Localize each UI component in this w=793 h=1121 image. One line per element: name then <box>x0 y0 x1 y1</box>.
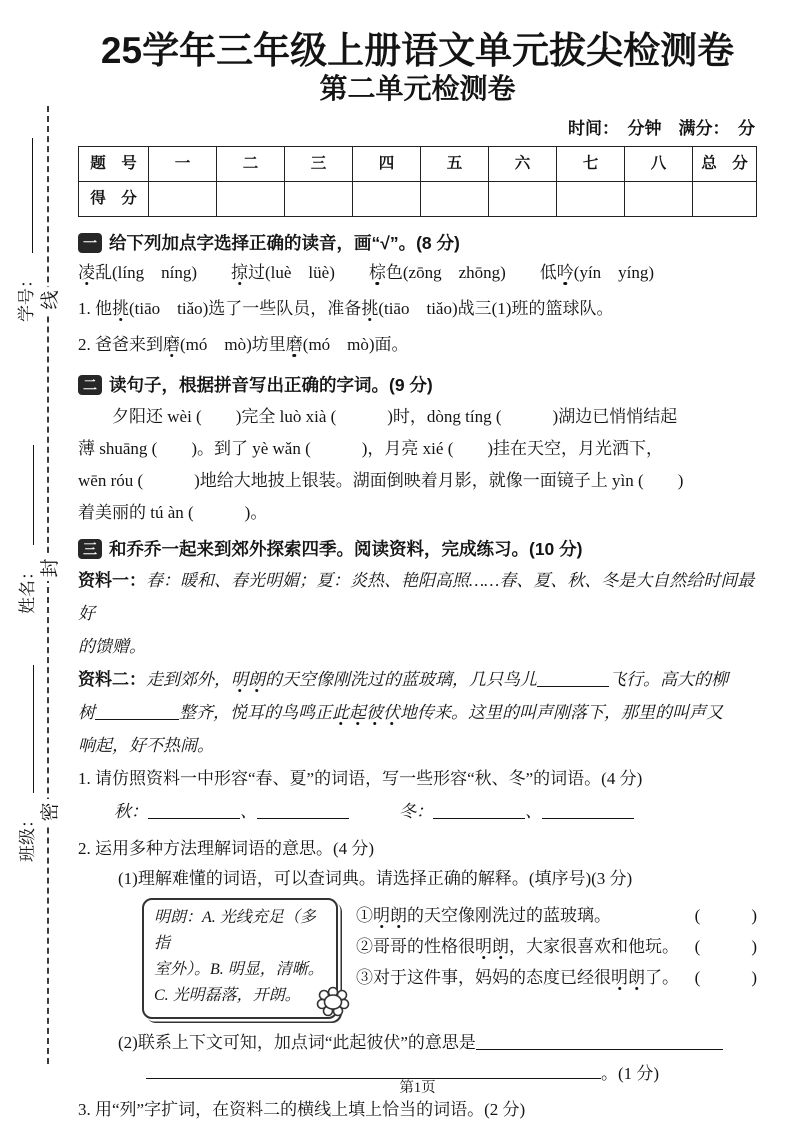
section3-title: 和乔乔一起来到郊外探索四季。阅读资料，完成练习。(10 分) <box>109 537 582 561</box>
time-score-line: 时间： 分钟 满分： 分 <box>78 118 757 140</box>
student-id-field: 学号： <box>12 106 36 322</box>
score-table-score-row: 得 分 <box>79 182 757 217</box>
section2-title: 读句子，根据拼音写出正确的字词。(9 分) <box>109 373 433 397</box>
score-row-label: 得 分 <box>79 182 149 217</box>
definition-box-line: 明朗：A. 光线充足（多指 <box>154 905 326 957</box>
material1-text: 春：暖和、春光明媚；夏：炎热、艳阳高照……春、夏、秋、冬是大自然给时间最好 <box>78 571 754 623</box>
definition-item-1: ①明朗的天空像刚洗过的蓝玻璃。 ( ) <box>356 900 757 931</box>
section1-title: 给下列加点字选择正确的读音，画“√”。(8 分) <box>109 231 460 255</box>
answer-bracket: ( ) <box>695 931 757 962</box>
exam-paper-page: 学号： 姓名： 班级： 线 封 密 25学年三年级上册语文单元拔尖检测卷 第二单… <box>0 0 793 1121</box>
section1-number-badge: 一 <box>78 233 102 253</box>
definition-item-text: ③对于这件事，妈妈的态度已经很明朗了。 <box>356 962 679 993</box>
score-col-header: 二 <box>217 147 285 182</box>
main-content: 25学年三年级上册语文单元拔尖检测卷 第二单元检测卷 时间： 分钟 满分： 分 … <box>78 0 757 1121</box>
seal-char-mi: 密 <box>35 799 61 825</box>
section2-line: 着美丽的 tú àn ( )。 <box>78 497 757 529</box>
page-number: 第1页 <box>78 1076 757 1097</box>
score-col-header: 六 <box>489 147 557 182</box>
section3-number-badge: 三 <box>78 539 102 559</box>
section2-line: wēn róu ( )地给大地披上银装。湖面倒映着月影，就像一面镜子上 yìn … <box>78 465 757 497</box>
definition-box-line: 室外）。B. 明显，清晰。 <box>154 957 326 983</box>
section2-line: 夕阳还 wèi ( )完全 luò xià ( )时，dòng tíng ( )… <box>78 401 757 433</box>
score-cell-empty <box>557 182 625 217</box>
answer-bracket: ( ) <box>695 900 757 931</box>
score-col-header: 一 <box>149 147 217 182</box>
seal-char-feng: 封 <box>35 555 61 581</box>
material1-label: 资料一： <box>78 571 146 590</box>
score-cell-empty <box>421 182 489 217</box>
section1-header: 一 给下列加点字选择正确的读音，画“√”。(8 分) <box>78 231 757 255</box>
question1-answer-line: 秋：、冬：、 <box>78 795 757 829</box>
score-table: 题 号 一 二 三 四 五 六 七 八 总 分 得 分 <box>78 146 757 217</box>
definition-item-3: ③对于这件事，妈妈的态度已经很明朗了。 ( ) <box>356 962 757 993</box>
score-cell-empty <box>217 182 285 217</box>
definition-items: ①明朗的天空像刚洗过的蓝玻璃。 ( ) ②哥哥的性格很明朗，大家很喜欢和他玩。 … <box>356 898 757 1019</box>
section2-header: 二 读句子，根据拼音写出正确的字词。(9 分) <box>78 373 757 397</box>
seal-char-xian: 线 <box>35 287 61 313</box>
name-blank <box>16 445 34 545</box>
material2-text: 走到郊外，明朗的天空像刚洗过的蓝玻璃，几只鸟儿飞行。高大的柳 <box>146 670 728 689</box>
score-col-header: 四 <box>353 147 421 182</box>
section2-paragraph: 夕阳还 wèi ( )完全 luò xià ( )时，dòng tíng ( )… <box>78 401 757 529</box>
definition-item-text: ②哥哥的性格很明朗，大家很喜欢和他玩。 <box>356 931 679 962</box>
flower-decoration-icon <box>314 985 352 1029</box>
page-title: 25学年三年级上册语文单元拔尖检测卷 <box>78 28 757 73</box>
page-subtitle: 第二单元检测卷 <box>78 73 757 105</box>
section3-header: 三 和乔乔一起来到郊外探索四季。阅读资料，完成练习。(10 分) <box>78 537 757 561</box>
score-cell-empty <box>489 182 557 217</box>
question1-text: 1. 请仿照资料一中形容“春、夏”的词语，写一些形容“秋、冬”的词语。(4 分) <box>78 762 757 795</box>
score-cell-empty <box>149 182 217 217</box>
material2-line-3: 响起，好不热闹。 <box>78 729 757 762</box>
score-cell-empty <box>693 182 757 217</box>
section1-item-2: 2. 爸爸来到磨(mó mò)坊里磨(mó mò)面。 <box>78 327 757 363</box>
question3-text: 3. 用“列”字扩词，在资料二的横线上填上恰当的词语。(2 分) <box>78 1095 757 1121</box>
material1-line-1: 资料一：春：暖和、春光明媚；夏：炎热、艳阳高照……春、夏、秋、冬是大自然给时间最… <box>78 564 757 630</box>
section2-line: 薄 shuāng ( )。到了 yè wǎn ( )，月亮 xié ( )挂在天… <box>78 433 757 465</box>
definition-item-2: ②哥哥的性格很明朗，大家很喜欢和他玩。 ( ) <box>356 931 757 962</box>
definition-item-text: ①明朗的天空像刚洗过的蓝玻璃。 <box>356 900 611 931</box>
definition-and-items: 明朗：A. 光线充足（多指 室外）。B. 明显，清晰。 C. 光明磊落，开朗。 <box>78 898 757 1019</box>
score-cell-empty <box>625 182 693 217</box>
score-col-header: 八 <box>625 147 693 182</box>
question2-sub2-text: (2)联系上下文可知，加点词“此起彼伏”的意思是 <box>78 1027 757 1059</box>
material1-line-2: 的馈赠。 <box>78 630 757 663</box>
material2-line-2: 树整齐，悦耳的鸟鸣正此起彼伏地传来。这里的叫声刚落下，那里的叫声又 <box>78 696 757 729</box>
class-field: 班级： <box>13 648 37 862</box>
section2-number-badge: 二 <box>78 375 102 395</box>
score-col-header: 五 <box>421 147 489 182</box>
section1-item-1: 1. 他挑(tiāo tiǎo)选了一些队员，准备挑(tiāo tiǎo)战三(… <box>78 291 757 327</box>
class-blank <box>16 665 34 793</box>
definition-box: 明朗：A. 光线充足（多指 室外）。B. 明显，清晰。 C. 光明磊落，开朗。 <box>142 898 338 1019</box>
score-col-header: 题 号 <box>79 147 149 182</box>
student-id-label: 学号： <box>12 271 37 322</box>
score-table-header-row: 题 号 一 二 三 四 五 六 七 八 总 分 <box>79 147 757 182</box>
seal-dashed-line <box>47 106 49 1064</box>
score-cell-empty <box>353 182 421 217</box>
material2-line-1: 资料二：走到郊外，明朗的天空像刚洗过的蓝玻璃，几只鸟儿飞行。高大的柳 <box>78 663 757 696</box>
name-field: 姓名： <box>13 432 37 614</box>
section1-word-line: 凌乱(líng níng)掠过(luè lüè)棕色(zōng zhōng)低吟… <box>78 255 757 291</box>
material2-label: 资料二： <box>78 670 146 689</box>
definition-box-line: C. 光明磊落，开朗。 <box>154 983 326 1009</box>
score-col-header: 总 分 <box>693 147 757 182</box>
student-id-blank <box>15 138 33 253</box>
score-col-header: 三 <box>285 147 353 182</box>
score-col-header: 七 <box>557 147 625 182</box>
question2-text: 2. 运用多种方法理解词语的意思。(4 分) <box>78 834 757 864</box>
question2-sub1-text: (1)理解难懂的词语，可以查词典。请选择正确的解释。(填序号)(3 分) <box>78 864 757 894</box>
answer-bracket: ( ) <box>695 962 757 993</box>
score-cell-empty <box>285 182 353 217</box>
